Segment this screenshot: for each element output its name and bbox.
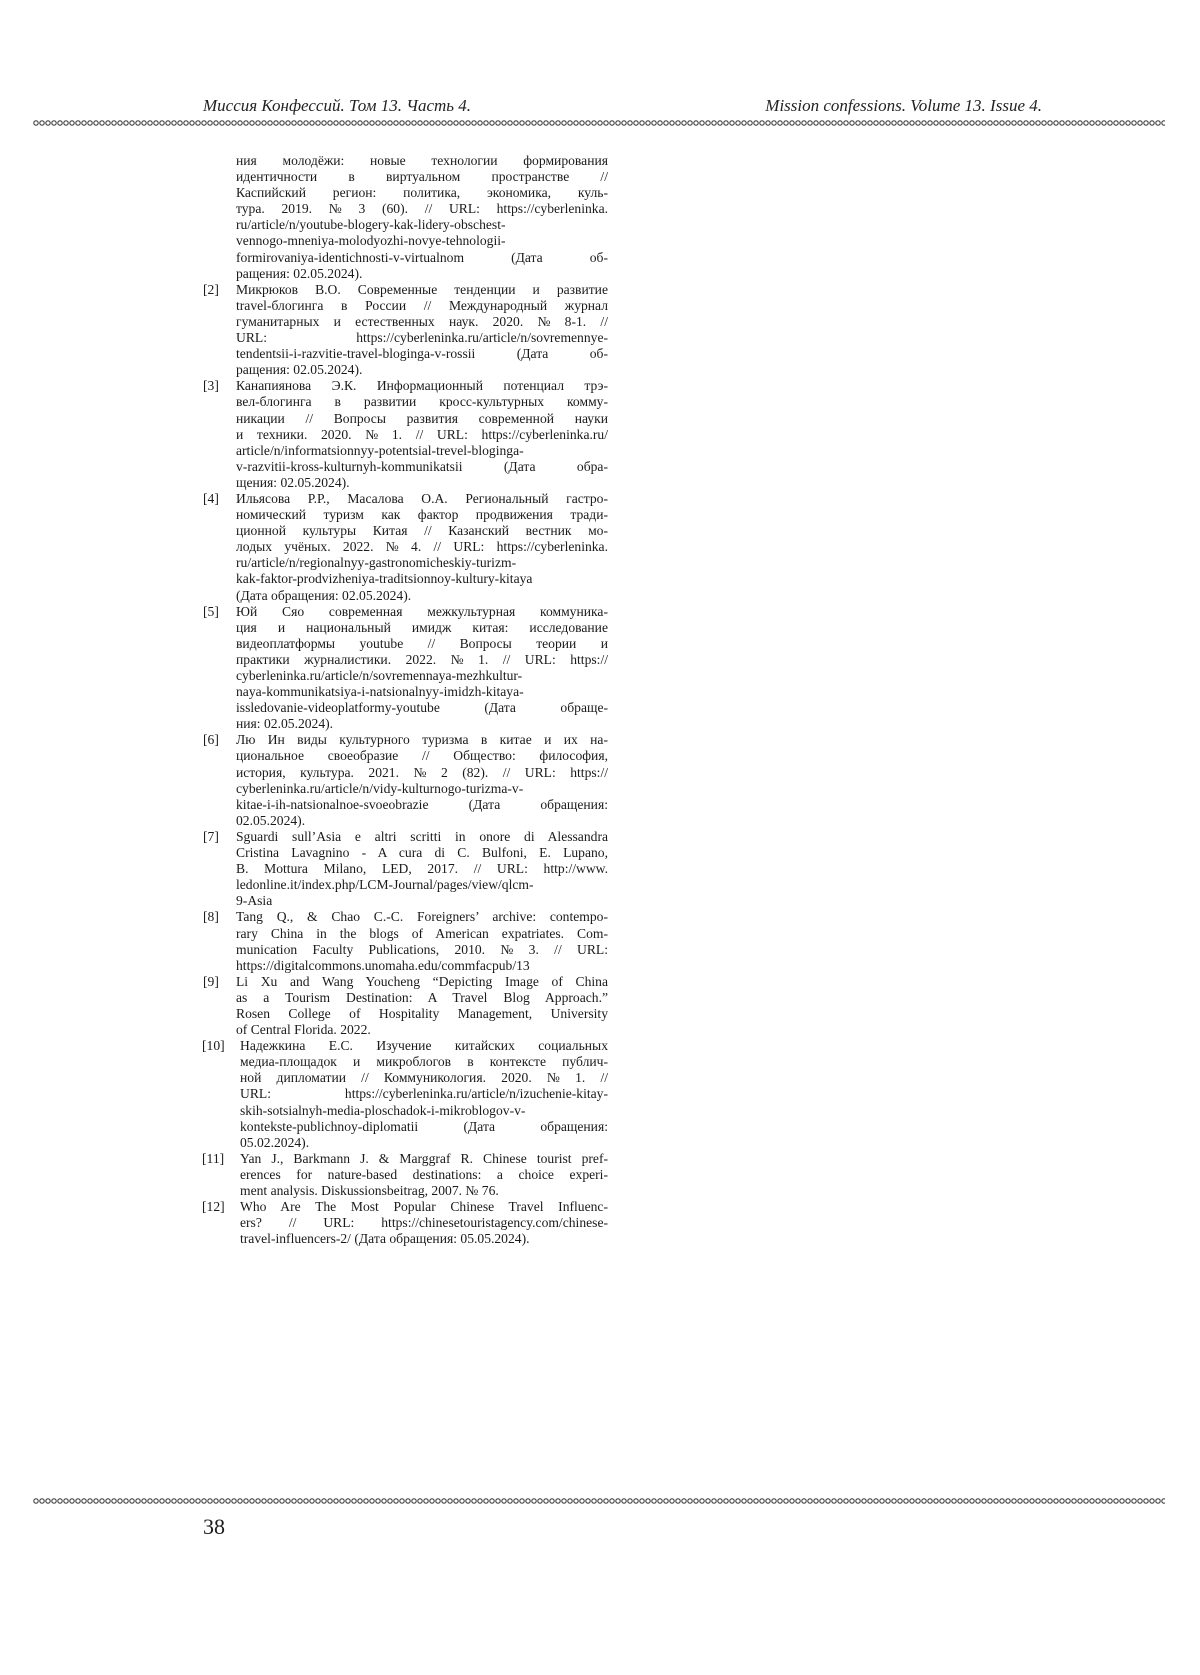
reference-text-line: ния: 02.05.2024). [236,716,608,732]
reference-text-line: URL: https://cyberleninka.ru/article/n/s… [236,330,608,346]
reference-text-line: Каспийский регион: политика, экономика, … [236,185,608,201]
reference-text-line: rary China in the blogs of American expa… [236,926,608,942]
reference-text-line: as a Tourism Destination: A Travel Blog … [236,990,608,1006]
reference-text-line: 9-Asia [236,893,608,909]
reference-text-line: erences for nature-based destinations: a… [240,1167,608,1183]
reference-text-line: kak-faktor-prodvizheniya-traditsionnoy-k… [236,571,608,587]
reference-text-line: ledonline.it/index.php/LCM-Journal/pages… [236,877,608,893]
reference-item: [3]Канапиянова Э.К. Информационный потен… [203,378,608,491]
reference-text-line: ers? // URL: https://chinesetouristagenc… [240,1215,608,1231]
reference-text-line: тура. 2019. № 3 (60). // URL: https://cy… [236,201,608,217]
reference-text-line: практики журналистики. 2022. № 1. // URL… [236,652,608,668]
reference-text-line: гуманитарных и естественных наук. 2020. … [236,314,608,330]
reference-text-line: skih-sotsialnyh-media-ploschadok-i-mikro… [240,1103,608,1119]
reference-text-line: 02.05.2024). [236,813,608,829]
reference-text-line: Канапиянова Э.К. Информационный потенциа… [236,378,608,394]
reference-text-line: vennogo-mneniya-molodyozhi-novye-tehnolo… [236,233,608,249]
reference-text-line: Sguardi sull’Asia e altri scritti in ono… [236,829,608,845]
reference-text-line: Who Are The Most Popular Chinese Travel … [240,1199,608,1215]
reference-text-line: Юй Сяо современная межкультурная коммуни… [236,604,608,620]
reference-text-line: видеоплатформы youtube // Вопросы теории… [236,636,608,652]
reference-text-line: article/n/informatsionnyy-potentsial-tre… [236,443,608,459]
reference-item: [7]Sguardi sull’Asia e altri scritti in … [203,829,608,909]
reference-text-line: Лю Ин виды культурного туризма в китае и… [236,732,608,748]
reference-text-line: циональное своеобразие // Общество: фило… [236,748,608,764]
reference-text-line: никации // Вопросы развития современной … [236,411,608,427]
page-number: 38 [203,1514,225,1540]
reference-text-line: B. Mottura Milano, LED, 2017. // URL: ht… [236,861,608,877]
reference-text-line: (Дата обращения: 02.05.2024). [236,588,608,604]
reference-text-line: travel-блогинга в России // Международны… [236,298,608,314]
reference-number: [4] [203,491,219,507]
reference-text-line: kontekste-publichnoy-diplomatii (Дата об… [240,1119,608,1135]
bottom-ornament-divider [33,1497,1165,1505]
reference-item: [9]Li Xu and Wang Youcheng “Depicting Im… [203,974,608,1038]
reference-text-line: ращения: 02.05.2024). [236,362,608,378]
reference-text-line: ru/article/n/youtube-blogery-kak-lidery-… [236,217,608,233]
reference-text-line: tendentsii-i-razvitie-travel-bloginga-v-… [236,346,608,362]
reference-item: [2]Микрюков В.О. Современные тенденции и… [203,282,608,379]
reference-text-line: kitae-i-ih-natsionalnoe-svoeobrazie (Дат… [236,797,608,813]
reference-item: [6]Лю Ин виды культурного туризма в кита… [203,732,608,829]
reference-text-line: медиа-площадок и микроблогов в контексте… [240,1054,608,1070]
reference-text-line: naya-kommunikatsiya-i-natsionalnyy-imidz… [236,684,608,700]
reference-text-line: щения: 02.05.2024). [236,475,608,491]
reference-text-line: munication Faculty Publications, 2010. №… [236,942,608,958]
reference-number: [7] [203,829,219,845]
reference-item: [4]Ильясова Р.Р., Масалова О.А. Регионал… [203,491,608,604]
reference-text-line: travel-influencers-2/ (Дата обращения: 0… [240,1231,608,1247]
reference-text-line: v-razvitii-kross-kulturnyh-kommunikatsii… [236,459,608,475]
running-header: Миссия Конфессий. Том 13. Часть 4. Missi… [0,96,1200,118]
reference-text-line: Ильясова Р.Р., Масалова О.А. Региональны… [236,491,608,507]
reference-text-line: cyberleninka.ru/article/n/vidy-kulturnog… [236,781,608,797]
reference-text-line: Tang Q., & Chao C.-C. Foreigners’ archiv… [236,909,608,925]
reference-item: [12]Who Are The Most Popular Chinese Tra… [203,1199,608,1247]
reference-text-line: идентичности в виртуальном пространстве … [236,169,608,185]
reference-text-line: https://digitalcommons.unomaha.edu/commf… [236,958,608,974]
reference-item: [5]Юй Сяо современная межкультурная комм… [203,604,608,733]
reference-text-line: cyberleninka.ru/article/n/sovremennaya-m… [236,668,608,684]
reference-text-line: ция и национальный имидж китая: исследов… [236,620,608,636]
reference-number: [2] [203,282,219,298]
reference-text-line: история, культура. 2021. № 2 (82). // UR… [236,765,608,781]
top-ornament-divider [33,119,1165,127]
reference-text-line: номический туризм как фактор продвижения… [236,507,608,523]
reference-number: [12] [202,1199,225,1215]
reference-item: [10] Надежкина Е.С. Изучение китайских с… [203,1038,608,1151]
reference-item: [11]Yan J., Barkmann J. & Marggraf R. Ch… [203,1151,608,1199]
reference-text-line: Yan J., Barkmann J. & Marggraf R. Chines… [240,1151,608,1167]
reference-text-line: ращения: 02.05.2024). [236,266,608,282]
reference-item: ния молодёжи: новые технологии формирова… [203,153,608,282]
reference-text-line: Микрюков В.О. Современные тенденции и ра… [236,282,608,298]
reference-text-line: ционной культуры Китая // Казанский вест… [236,523,608,539]
reference-text-line: formirovaniya-identichnosti-v-virtualnom… [236,250,608,266]
reference-text-line: ной дипломатии // Коммуникология. 2020. … [240,1070,608,1086]
reference-text-line: ru/article/n/regionalnyy-gastronomichesk… [236,555,608,571]
reference-number: [10] [202,1038,225,1054]
reference-item: [8]Tang Q., & Chao C.-C. Foreigners’ arc… [203,909,608,973]
reference-number: [3] [203,378,219,394]
reference-text-line: и техники. 2020. № 1. // URL: https://cy… [236,427,608,443]
journal-title-en: Mission confessions. Volume 13. Issue 4. [765,96,1042,116]
reference-number: [9] [203,974,219,990]
reference-text-line: Li Xu and Wang Youcheng “Depicting Image… [236,974,608,990]
reference-number: [5] [203,604,219,620]
reference-number: [6] [203,732,219,748]
reference-number: [11] [202,1151,224,1167]
reference-text-line: лодых учёных. 2022. № 4. // URL: https:/… [236,539,608,555]
reference-text-line: Rosen College of Hospitality Management,… [236,1006,608,1022]
reference-text-line: of Central Florida. 2022. [236,1022,608,1038]
reference-text-line: Cristina Lavagnino - A cura di C. Bulfon… [236,845,608,861]
reference-text-line: 05.02.2024). [240,1135,608,1151]
reference-number: [8] [203,909,219,925]
reference-text-line: ment analysis. Diskussionsbeitrag, 2007.… [240,1183,608,1199]
reference-list: ния молодёжи: новые технологии формирова… [203,153,608,1247]
journal-title-ru: Миссия Конфессий. Том 13. Часть 4. [203,96,471,116]
reference-text-line: URL: https://cyberleninka.ru/article/n/i… [240,1086,608,1102]
reference-text-line: Надежкина Е.С. Изучение китайских социал… [240,1038,608,1054]
reference-text-line: вел-блогинга в развитии кросс-культурных… [236,394,608,410]
reference-text-line: ния молодёжи: новые технологии формирова… [236,153,608,169]
reference-text-line: issledovanie-videoplatformy-youtube (Дат… [236,700,608,716]
